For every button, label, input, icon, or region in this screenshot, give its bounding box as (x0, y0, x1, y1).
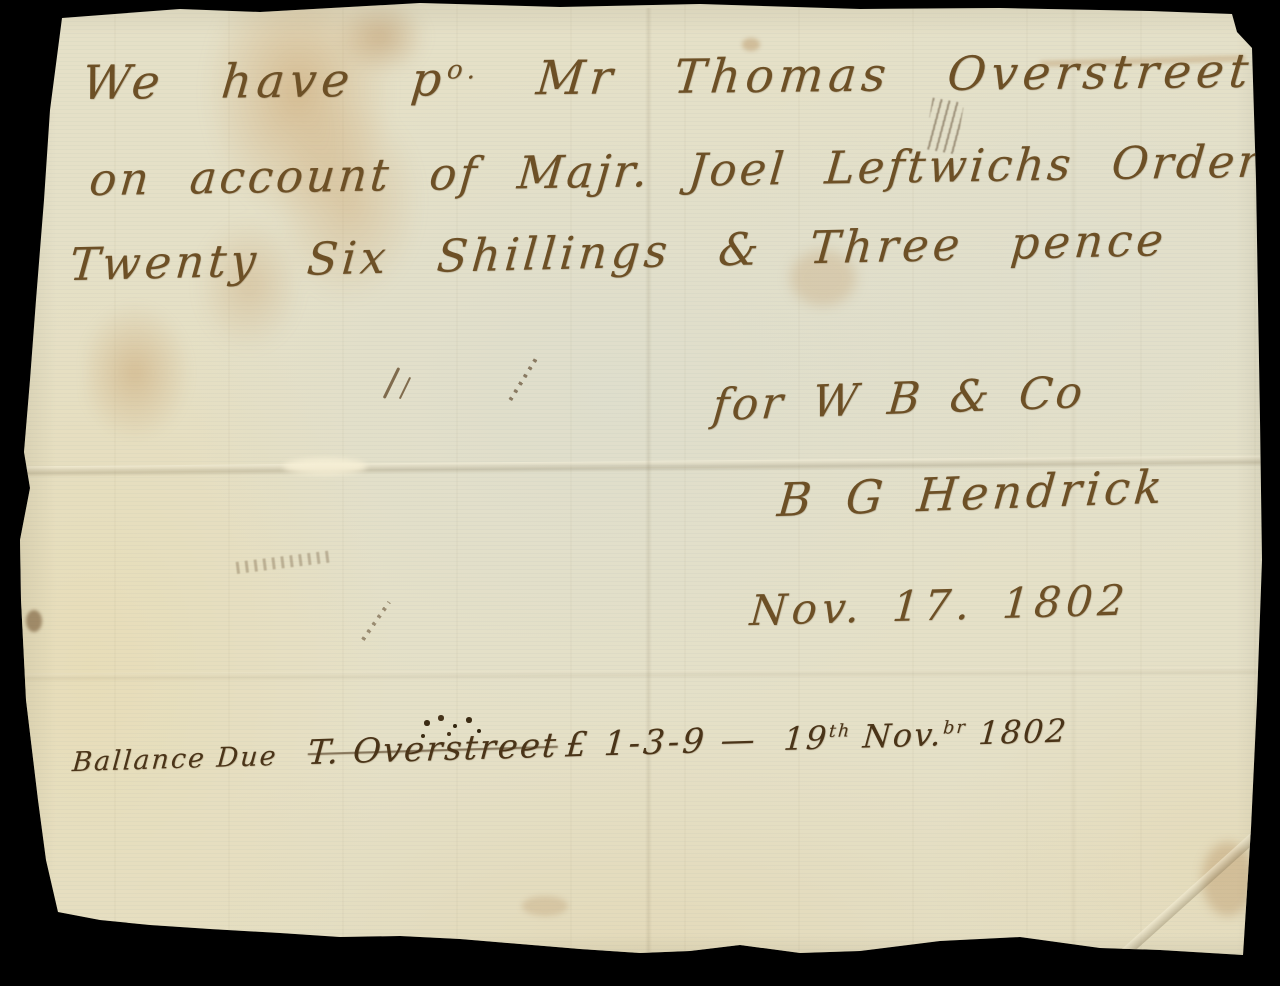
receipt-paper: We have po. Mr Thomas Overstreet on acco… (0, 0, 1280, 986)
balance-date: 19th Nov.br 1802 (782, 711, 1069, 758)
scan-background: We have po. Mr Thomas Overstreet on acco… (0, 0, 1280, 986)
balance-date-month-suffix: br (942, 718, 967, 739)
payment-abbrev-superscript: o. (446, 55, 482, 85)
balance-amount: £ 1-3-9 — (564, 720, 759, 766)
balance-label: Ballance Due (71, 741, 279, 778)
balance-debtor-name: T. Overstreet (306, 726, 559, 774)
payee-name-text: Mr Thomas Overstreet (477, 44, 1256, 107)
balance-date-month: Nov. (849, 715, 944, 756)
balance-date-day-suffix: th (828, 721, 852, 742)
balance-date-day: 19 (782, 719, 830, 758)
balance-date-year: 1802 (965, 711, 1069, 752)
payment-text-pre: We have p (80, 52, 449, 111)
